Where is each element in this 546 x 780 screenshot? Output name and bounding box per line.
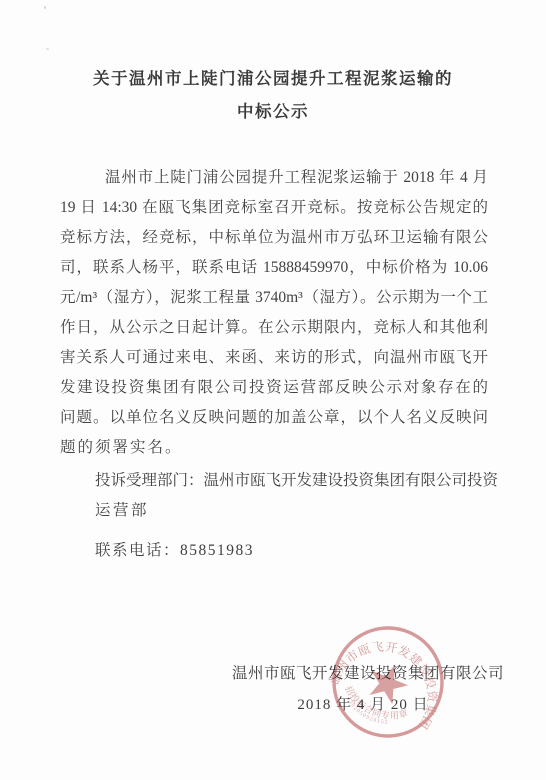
body-line: 作日，从公示之日起计算。在公示期限内，竞标人和其他利: [60, 313, 488, 343]
body-line: 发建设投资集团有限公司投资运营部反映公示对象存在的: [60, 373, 488, 403]
complaint-line: 投诉受理部门：温州市瓯飞开发建设投资集团有限公司投资: [95, 466, 491, 496]
signature-date: 2018 年 4 月 20 日: [232, 693, 494, 714]
body-paragraph: 温州市上陡门浦公园提升工程泥浆运输于 2018 年 4 月 19 日 14:30…: [60, 163, 488, 463]
scan-speck: [46, 48, 49, 50]
signature-company: 温州市瓯飞开发建设投资集团有限公司: [232, 661, 504, 683]
body-line: 问题。以单位名义反映问题的加盖公章，以个人名义反映问: [60, 403, 488, 433]
complaint-department-paragraph: 投诉受理部门：温州市瓯飞开发建设投资集团有限公司投资 运营部: [95, 466, 491, 526]
body-line: 19 日 14:30 在瓯飞集团竞标室召开竞标。按竞标公告规定的: [60, 193, 488, 223]
body-line: 司，联系人杨平，联系电话 15888459970，中标价格为 10.06: [60, 253, 488, 283]
document-title: 关于温州市上陡门浦公园提升工程泥浆运输的 中标公示: [0, 62, 546, 128]
body-line: 竞标方法，经竞标，中标单位为温州市万弘环卫运输有限公: [60, 223, 488, 253]
contact-phone-line: 联系电话：85851983: [95, 538, 254, 560]
body-line: 害关系人可通过来电、来函、来访的形式，向温州市瓯飞开: [60, 343, 488, 373]
complaint-line: 运营部: [95, 496, 491, 526]
scanned-document-page: 关于温州市上陡门浦公园提升工程泥浆运输的 中标公示 温州市上陡门浦公园提升工程泥…: [0, 0, 546, 780]
title-line-1: 关于温州市上陡门浦公园提升工程泥浆运输的: [0, 62, 546, 95]
body-line: 元/m³（湿方），泥浆工程量 3740m³（湿方）。公示期为一个工: [60, 283, 488, 313]
title-line-2: 中标公示: [0, 95, 546, 128]
body-line: 题的须署实名。: [60, 433, 488, 463]
body-line: 温州市上陡门浦公园提升工程泥浆运输于 2018 年 4 月: [60, 163, 488, 193]
scan-speck: [44, 6, 46, 9]
